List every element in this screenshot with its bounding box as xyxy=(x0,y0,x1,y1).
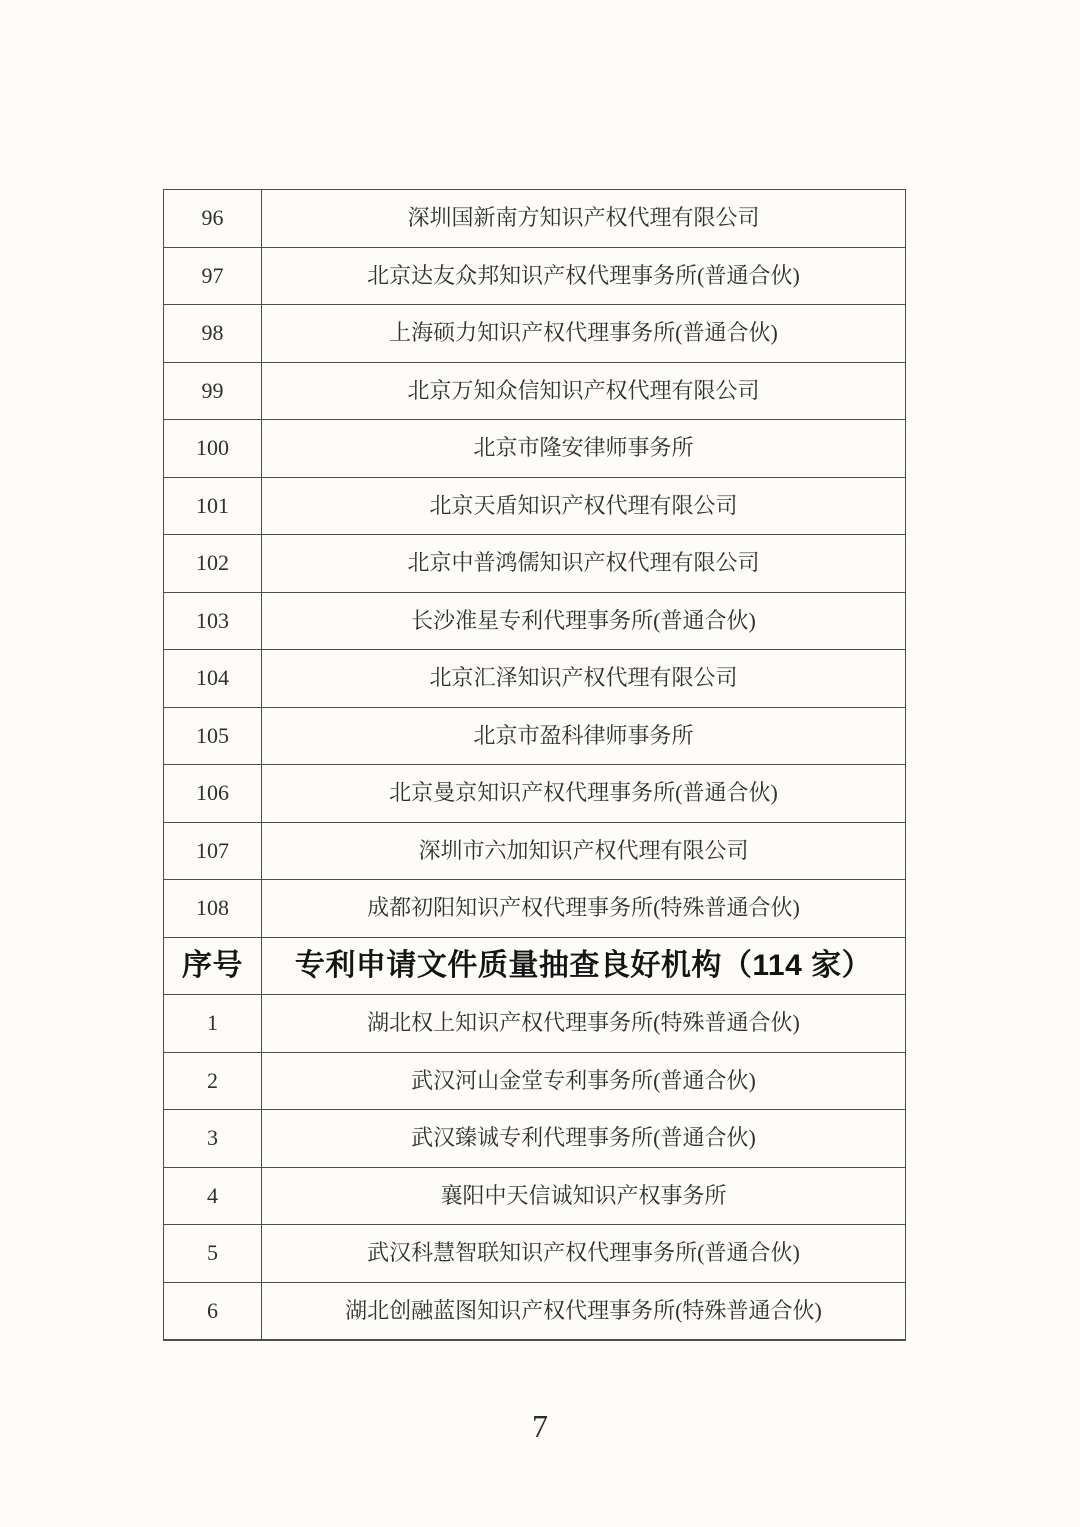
agency-name-cell: 北京万知众信知识产权代理有限公司 xyxy=(262,362,906,420)
document-page: { "page": { "number": "7" }, "colors": {… xyxy=(0,0,1080,1527)
section-header-row: 序号专利申请文件质量抽查良好机构（114 家） xyxy=(164,937,906,995)
table-row: 105北京市盈科律师事务所 xyxy=(164,707,906,765)
agency-name-cell: 上海硕力知识产权代理事务所(普通合伙) xyxy=(262,305,906,363)
row-number-cell: 103 xyxy=(164,592,262,650)
row-number-cell: 3 xyxy=(164,1110,262,1168)
row-number-cell: 101 xyxy=(164,477,262,535)
table-row: 99北京万知众信知识产权代理有限公司 xyxy=(164,362,906,420)
row-number-cell: 102 xyxy=(164,535,262,593)
table-row: 4襄阳中天信诚知识产权事务所 xyxy=(164,1167,906,1225)
row-number-cell: 5 xyxy=(164,1225,262,1283)
agency-name-cell: 北京达友众邦知识产权代理事务所(普通合伙) xyxy=(262,247,906,305)
section-title: 专利申请文件质量抽查良好机构（114 家） xyxy=(262,937,906,995)
table-row: 1湖北权上知识产权代理事务所(特殊普通合伙) xyxy=(164,995,906,1053)
table-row: 107深圳市六加知识产权代理有限公司 xyxy=(164,822,906,880)
table-row: 3武汉臻诚专利代理事务所(普通合伙) xyxy=(164,1110,906,1168)
row-number-cell: 6 xyxy=(164,1282,262,1340)
agency-name-cell: 北京市隆安律师事务所 xyxy=(262,420,906,478)
agency-name-cell: 武汉河山金堂专利事务所(普通合伙) xyxy=(262,1052,906,1110)
table-row: 103长沙准星专利代理事务所(普通合伙) xyxy=(164,592,906,650)
row-number-cell: 106 xyxy=(164,765,262,823)
table-row: 102北京中普鸿儒知识产权代理有限公司 xyxy=(164,535,906,593)
row-number-cell: 2 xyxy=(164,1052,262,1110)
table-row: 104北京汇泽知识产权代理有限公司 xyxy=(164,650,906,708)
agency-name-cell: 北京市盈科律师事务所 xyxy=(262,707,906,765)
agency-table: 96深圳国新南方知识产权代理有限公司97北京达友众邦知识产权代理事务所(普通合伙… xyxy=(163,189,906,1341)
table-row: 96深圳国新南方知识产权代理有限公司 xyxy=(164,190,906,248)
document-page-surface: 96深圳国新南方知识产权代理有限公司97北京达友众邦知识产权代理事务所(普通合伙… xyxy=(0,0,1080,1527)
table-row: 2武汉河山金堂专利事务所(普通合伙) xyxy=(164,1052,906,1110)
row-number-cell: 96 xyxy=(164,190,262,248)
agency-name-cell: 北京中普鸿儒知识产权代理有限公司 xyxy=(262,535,906,593)
table-row: 101北京天盾知识产权代理有限公司 xyxy=(164,477,906,535)
agency-name-cell: 深圳国新南方知识产权代理有限公司 xyxy=(262,190,906,248)
agency-table-body: 96深圳国新南方知识产权代理有限公司97北京达友众邦知识产权代理事务所(普通合伙… xyxy=(164,190,906,1341)
row-number-cell: 105 xyxy=(164,707,262,765)
table-row: 108成都初阳知识产权代理事务所(特殊普通合伙) xyxy=(164,880,906,938)
agency-name-cell: 深圳市六加知识产权代理有限公司 xyxy=(262,822,906,880)
agency-name-cell: 成都初阳知识产权代理事务所(特殊普通合伙) xyxy=(262,880,906,938)
row-number-cell: 98 xyxy=(164,305,262,363)
agency-name-cell: 武汉臻诚专利代理事务所(普通合伙) xyxy=(262,1110,906,1168)
agency-name-cell: 湖北创融蓝图知识产权代理事务所(特殊普通合伙) xyxy=(262,1282,906,1340)
agency-name-cell: 北京曼京知识产权代理事务所(普通合伙) xyxy=(262,765,906,823)
section-index-label: 序号 xyxy=(164,937,262,995)
agency-name-cell: 北京汇泽知识产权代理有限公司 xyxy=(262,650,906,708)
table-row: 6湖北创融蓝图知识产权代理事务所(特殊普通合伙) xyxy=(164,1282,906,1340)
row-number-cell: 107 xyxy=(164,822,262,880)
table-row: 98上海硕力知识产权代理事务所(普通合伙) xyxy=(164,305,906,363)
agency-name-cell: 湖北权上知识产权代理事务所(特殊普通合伙) xyxy=(262,995,906,1053)
agency-name-cell: 武汉科慧智联知识产权代理事务所(普通合伙) xyxy=(262,1225,906,1283)
table-row: 5武汉科慧智联知识产权代理事务所(普通合伙) xyxy=(164,1225,906,1283)
row-number-cell: 104 xyxy=(164,650,262,708)
row-number-cell: 1 xyxy=(164,995,262,1053)
table-row: 106北京曼京知识产权代理事务所(普通合伙) xyxy=(164,765,906,823)
row-number-cell: 99 xyxy=(164,362,262,420)
row-number-cell: 97 xyxy=(164,247,262,305)
table-row: 100北京市隆安律师事务所 xyxy=(164,420,906,478)
page-number: 7 xyxy=(0,1408,1080,1445)
agency-name-cell: 襄阳中天信诚知识产权事务所 xyxy=(262,1167,906,1225)
row-number-cell: 108 xyxy=(164,880,262,938)
agency-name-cell: 北京天盾知识产权代理有限公司 xyxy=(262,477,906,535)
row-number-cell: 100 xyxy=(164,420,262,478)
table-row: 97北京达友众邦知识产权代理事务所(普通合伙) xyxy=(164,247,906,305)
row-number-cell: 4 xyxy=(164,1167,262,1225)
agency-name-cell: 长沙准星专利代理事务所(普通合伙) xyxy=(262,592,906,650)
